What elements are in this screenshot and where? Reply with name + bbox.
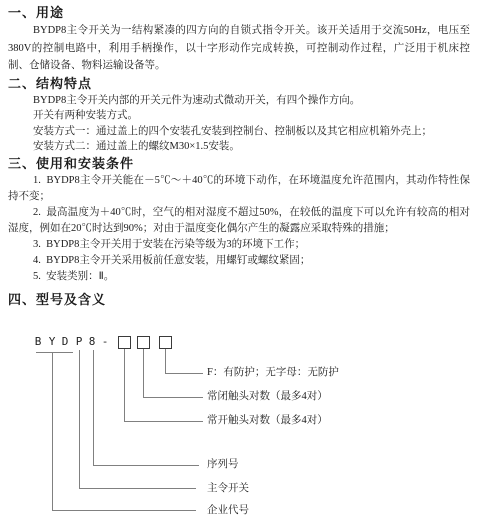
section-heading-usage: 一、用途 — [8, 4, 470, 22]
section-heading-model: 四、型号及含义 — [8, 291, 470, 309]
label-protection: F：有防护；无字母：无防护 — [207, 367, 339, 379]
connector-nc-contacts-line — [144, 349, 204, 398]
section-structure: 二、结构特点 BYDP8主令开关内部的开关元件为速动式微动开关，有四个操作方向。… — [8, 75, 470, 155]
model-char-d: D — [60, 336, 70, 348]
label-no-contacts: 常开触头对数（最多4对） — [207, 415, 328, 427]
section-heading-structure: 二、结构特点 — [8, 75, 470, 93]
paragraph-structure-1: BYDP8主令开关内部的开关元件为速动式微动开关，有四个操作方向。 — [8, 93, 470, 109]
section-heading-conditions: 三、使用和安装条件 — [8, 155, 470, 173]
paragraph-structure-2: 开关有两种安装方式。 — [8, 108, 470, 124]
model-char-p: P — [74, 336, 84, 348]
paragraph-structure-4: 安装方式二：通过盖上的螺纹M30×1.5安装。 — [8, 139, 470, 155]
model-digit-box-no — [118, 336, 131, 349]
connector-master-switch-line — [80, 350, 197, 489]
connector-serial-line — [94, 350, 200, 466]
model-char-b: B — [33, 336, 43, 348]
condition-item-1: 1. BYDP8主令开关能在－5℃～＋40℃的环境下动作，在环境温度允许范围内，… — [8, 173, 470, 205]
model-char-8: 8 — [87, 336, 97, 348]
model-char-y: Y — [47, 336, 57, 348]
label-company-code: 企业代号 — [207, 505, 249, 517]
label-master-switch: 主令开关 — [207, 483, 249, 495]
section-conditions: 三、使用和安装条件 1. BYDP8主令开关能在－5℃～＋40℃的环境下动作，在… — [8, 155, 470, 285]
section-model: 四、型号及含义 — [8, 291, 470, 309]
paragraph-structure-3: 安装方式一：通过盖上的四个安装孔安装到控制台、控制板以及其它相应机箱外壳上； — [8, 124, 470, 140]
condition-item-3: 3. BYDP8主令开关用于安装在污染等级为3的环境下工作； — [8, 237, 470, 253]
document-body: 一、用途 BYDP8主令开关为一结构紧凑的四方向的自锁式指令开关。该开关适用于交… — [0, 0, 477, 309]
model-digit-box-nc — [137, 336, 150, 349]
label-serial: 序列号 — [207, 459, 239, 471]
condition-item-2: 2. 最高温度为＋40℃时，空气的相对湿度不超过50%，在较低的温度下可以允许有… — [8, 205, 470, 237]
paragraph-usage-1: BYDP8主令开关为一结构紧凑的四方向的自锁式指令开关。该开关适用于交流50Hz… — [8, 22, 470, 75]
condition-item-5: 5. 安装类别：Ⅱ。 — [8, 269, 470, 285]
model-digit-box-protection — [159, 336, 172, 349]
model-char-dash: - — [100, 336, 110, 348]
condition-item-4: 4. BYDP8主令开关采用板前任意安装，用螺钉或螺纹紧固； — [8, 253, 470, 269]
manual-page: 一、用途 BYDP8主令开关为一结构紧凑的四方向的自锁式指令开关。该开关适用于交… — [0, 0, 477, 530]
section-usage: 一、用途 BYDP8主令开关为一结构紧凑的四方向的自锁式指令开关。该开关适用于交… — [8, 4, 470, 75]
connector-no-contacts-line — [125, 349, 204, 422]
label-nc-contacts: 常闭触头对数（最多4对） — [207, 391, 328, 403]
connector-company-code-line — [53, 353, 197, 511]
connector-protection-line — [166, 349, 204, 374]
